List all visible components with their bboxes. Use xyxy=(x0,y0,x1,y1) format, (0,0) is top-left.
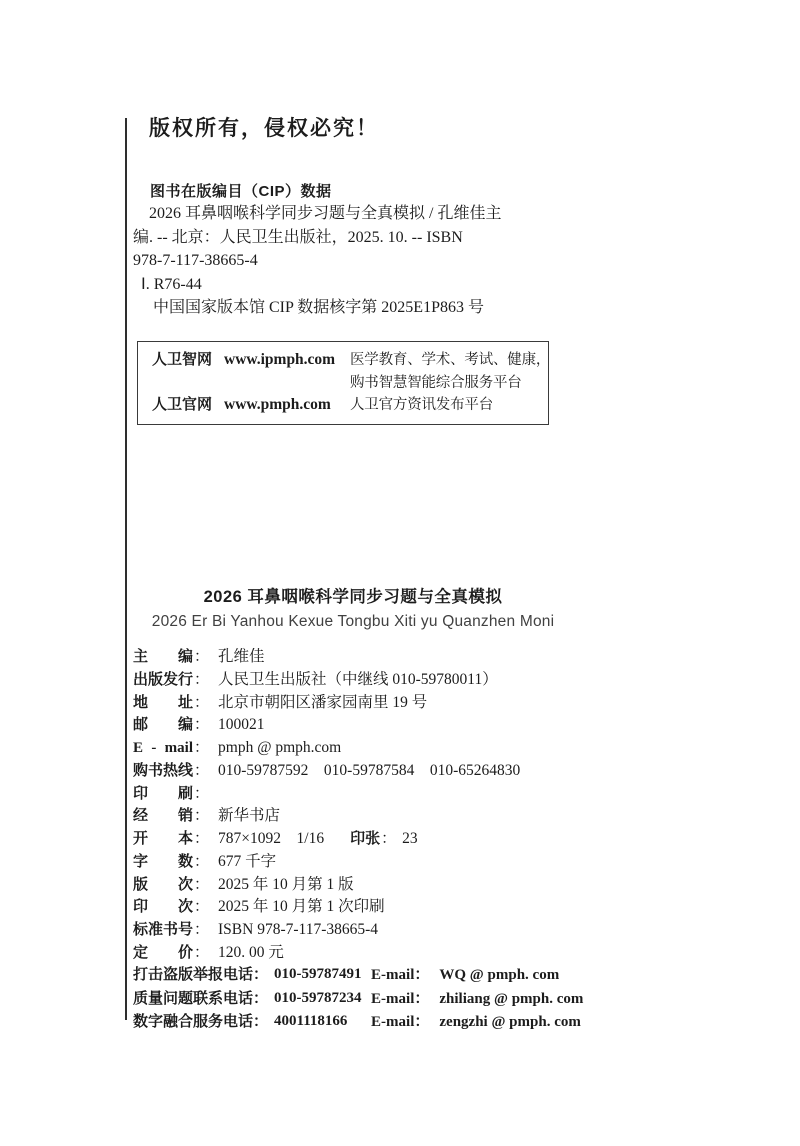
colon: ： xyxy=(194,854,209,870)
colon: ： xyxy=(194,649,209,665)
hotline-row-digital: 数字融合服务电话：4001118166E-mail：zengzhi @ pmph… xyxy=(133,1010,583,1034)
colon: ： xyxy=(194,831,209,847)
colon: ： xyxy=(194,877,209,893)
cip-line-3: 978-7-117-38665-4 xyxy=(133,249,501,273)
detail-value: 010-59787592 010-59787584 010-65264830 xyxy=(218,762,520,779)
book-title-pinyin: 2026 Er Bi Yanhou Kexue Tongbu Xiti yu Q… xyxy=(133,613,573,631)
detail-row-printer: 印刷： xyxy=(133,783,520,806)
book-title: 2026 耳鼻咽喉科学同步习题与全真模拟 xyxy=(133,583,573,607)
detail-value: 北京市朝阳区潘家园南里 19 号 xyxy=(218,694,427,711)
detail-row-printing: 印次：2025 年 10 月第 1 次印刷 xyxy=(133,896,520,919)
detail-row-distributor: 经销：新华书店 xyxy=(133,805,520,828)
detail-label: 出版发行 xyxy=(133,669,193,692)
portal-site-url: www.ipmph.com xyxy=(224,349,350,372)
detail-label-sheets: 印张 xyxy=(350,830,380,847)
portal-site-name: 人卫智网 xyxy=(152,349,224,372)
detail-label: 经销 xyxy=(133,805,193,828)
hotline-phone: 010-59787491 xyxy=(274,963,369,987)
detail-row-publisher: 出版发行：人民卫生出版社（中继线 010-59780011） xyxy=(133,669,520,692)
hotline-phone: 4001118166 xyxy=(274,1010,369,1034)
detail-label: 印次 xyxy=(133,896,193,919)
detail-row-edition: 版次：2025 年 10 月第 1 版 xyxy=(133,874,520,897)
colon: ： xyxy=(414,1014,429,1030)
detail-label: 开本 xyxy=(133,828,193,851)
detail-label: 购书热线 xyxy=(133,760,193,783)
hotline-phone: 010-59787234 xyxy=(274,987,369,1011)
cip-line-5: 中国国家版本馆 CIP 数据核字第 2025E1P863 号 xyxy=(133,296,501,320)
cip-line-1: 2026 耳鼻咽喉科学同步习题与全真模拟 / 孔维佳主 xyxy=(133,202,501,226)
portal-site-desc: 人卫官方资讯发布平台 xyxy=(350,394,550,417)
hotline-row-piracy: 打击盗版举报电话：010-59787491E-mail：WQ @ pmph. c… xyxy=(133,963,583,987)
detail-value: 2025 年 10 月第 1 次印刷 xyxy=(218,898,385,915)
detail-value: 100021 xyxy=(218,716,265,733)
detail-label: 标准书号 xyxy=(133,919,193,942)
detail-value: ISBN 978-7-117-38665-4 xyxy=(218,921,378,938)
page-fold-line xyxy=(125,118,127,1020)
colon: ： xyxy=(253,967,268,983)
hotline-label: 质量问题联系电话 xyxy=(133,987,253,1011)
hotline-email: zengzhi @ pmph. com xyxy=(439,1014,580,1030)
detail-value: 677 千字 xyxy=(218,853,276,870)
detail-value: 孔维佳 xyxy=(218,648,265,665)
detail-value: 新华书店 xyxy=(218,807,280,824)
cip-line-2: 编. -- 北京：人民卫生出版社，2025. 10. -- ISBN xyxy=(133,226,501,250)
portal-spacer xyxy=(224,372,350,395)
publication-details: 主编：孔维佳 出版发行：人民卫生出版社（中继线 010-59780011） 地址… xyxy=(133,646,520,965)
colon: ： xyxy=(194,740,209,756)
portal-spacer xyxy=(152,372,224,395)
portal-site-name: 人卫官网 xyxy=(152,394,224,417)
colon: ： xyxy=(194,763,209,779)
cip-heading: 图书在版编目（CIP）数据 xyxy=(150,180,332,201)
colon: ： xyxy=(414,991,429,1007)
colon: ： xyxy=(194,945,209,961)
colon: ： xyxy=(253,1014,268,1030)
detail-label: 定价 xyxy=(133,942,193,965)
portal-site-url: www.pmph.com xyxy=(224,394,350,417)
detail-row-isbn: 标准书号：ISBN 978-7-117-38665-4 xyxy=(133,919,520,942)
hotline-section: 打击盗版举报电话：010-59787491E-mail：WQ @ pmph. c… xyxy=(133,963,583,1034)
publisher-portal-box: 人卫智网 www.ipmph.com 医学教育、学术、考试、健康， 购书智慧智能… xyxy=(137,341,549,425)
colon: ： xyxy=(194,922,209,938)
detail-value: 120. 00 元 xyxy=(218,944,284,961)
title-block: 2026 耳鼻咽喉科学同步习题与全真模拟 2026 Er Bi Yanhou K… xyxy=(133,583,573,631)
hotline-email: WQ @ pmph. com xyxy=(439,967,559,983)
detail-value: 2025 年 10 月第 1 版 xyxy=(218,876,354,893)
hotline-email: zhiliang @ pmph. com xyxy=(439,991,583,1007)
colon: ： xyxy=(381,831,396,847)
detail-row-wordcount: 字数：677 千字 xyxy=(133,851,520,874)
colon: ： xyxy=(194,786,209,802)
colon: ： xyxy=(194,899,209,915)
colon: ： xyxy=(253,991,268,1007)
colon: ： xyxy=(194,717,209,733)
detail-label: E - mail xyxy=(133,737,193,760)
cip-line-4: Ⅰ. R76-44 xyxy=(133,273,501,297)
copyright-notice: 版权所有，侵权必究！ xyxy=(149,112,379,142)
detail-label: 字数 xyxy=(133,851,193,874)
detail-value: 787×1092 1/16 xyxy=(218,830,324,847)
portal-site-desc: 医学教育、学术、考试、健康， xyxy=(350,349,550,372)
detail-label: 主编 xyxy=(133,646,193,669)
publisher-portal-grid: 人卫智网 www.ipmph.com 医学教育、学术、考试、健康， 购书智慧智能… xyxy=(152,349,548,417)
colon: ： xyxy=(414,967,429,983)
detail-row-editor: 主编：孔维佳 xyxy=(133,646,520,669)
colon: ： xyxy=(194,672,209,688)
detail-row-address: 地址：北京市朝阳区潘家园南里 19 号 xyxy=(133,692,520,715)
hotline-label: 数字融合服务电话 xyxy=(133,1010,253,1034)
detail-row-email: E - mail：pmph @ pmph.com xyxy=(133,737,520,760)
colon: ： xyxy=(194,808,209,824)
detail-row-postcode: 邮编：100021 xyxy=(133,714,520,737)
detail-row-price: 定价：120. 00 元 xyxy=(133,942,520,965)
detail-value: pmph @ pmph.com xyxy=(218,739,341,756)
colon: ： xyxy=(194,695,209,711)
hotline-label: 打击盗版举报电话 xyxy=(133,963,253,987)
email-label: E-mail xyxy=(371,991,414,1007)
detail-label: 地址 xyxy=(133,692,193,715)
hotline-row-quality: 质量问题联系电话：010-59787234E-mail：zhiliang @ p… xyxy=(133,987,583,1011)
email-label: E-mail xyxy=(371,1014,414,1030)
detail-label: 邮编 xyxy=(133,714,193,737)
copyright-page: 版权所有，侵权必究！ 图书在版编目（CIP）数据 2026 耳鼻咽喉科学同步习题… xyxy=(0,0,800,1146)
email-label: E-mail xyxy=(371,967,414,983)
detail-value-sheets: 23 xyxy=(402,830,418,847)
detail-value: 人民卫生出版社（中继线 010-59780011） xyxy=(218,671,498,688)
detail-label: 印刷 xyxy=(133,783,193,806)
detail-row-format: 开本：787×1092 1/16印张：23 xyxy=(133,828,520,851)
detail-row-hotline: 购书热线：010-59787592 010-59787584 010-65264… xyxy=(133,760,520,783)
cip-record: 2026 耳鼻咽喉科学同步习题与全真模拟 / 孔维佳主 编. -- 北京：人民卫… xyxy=(133,202,501,320)
portal-site-desc: 购书智慧智能综合服务平台 xyxy=(350,372,550,395)
detail-label: 版次 xyxy=(133,874,193,897)
